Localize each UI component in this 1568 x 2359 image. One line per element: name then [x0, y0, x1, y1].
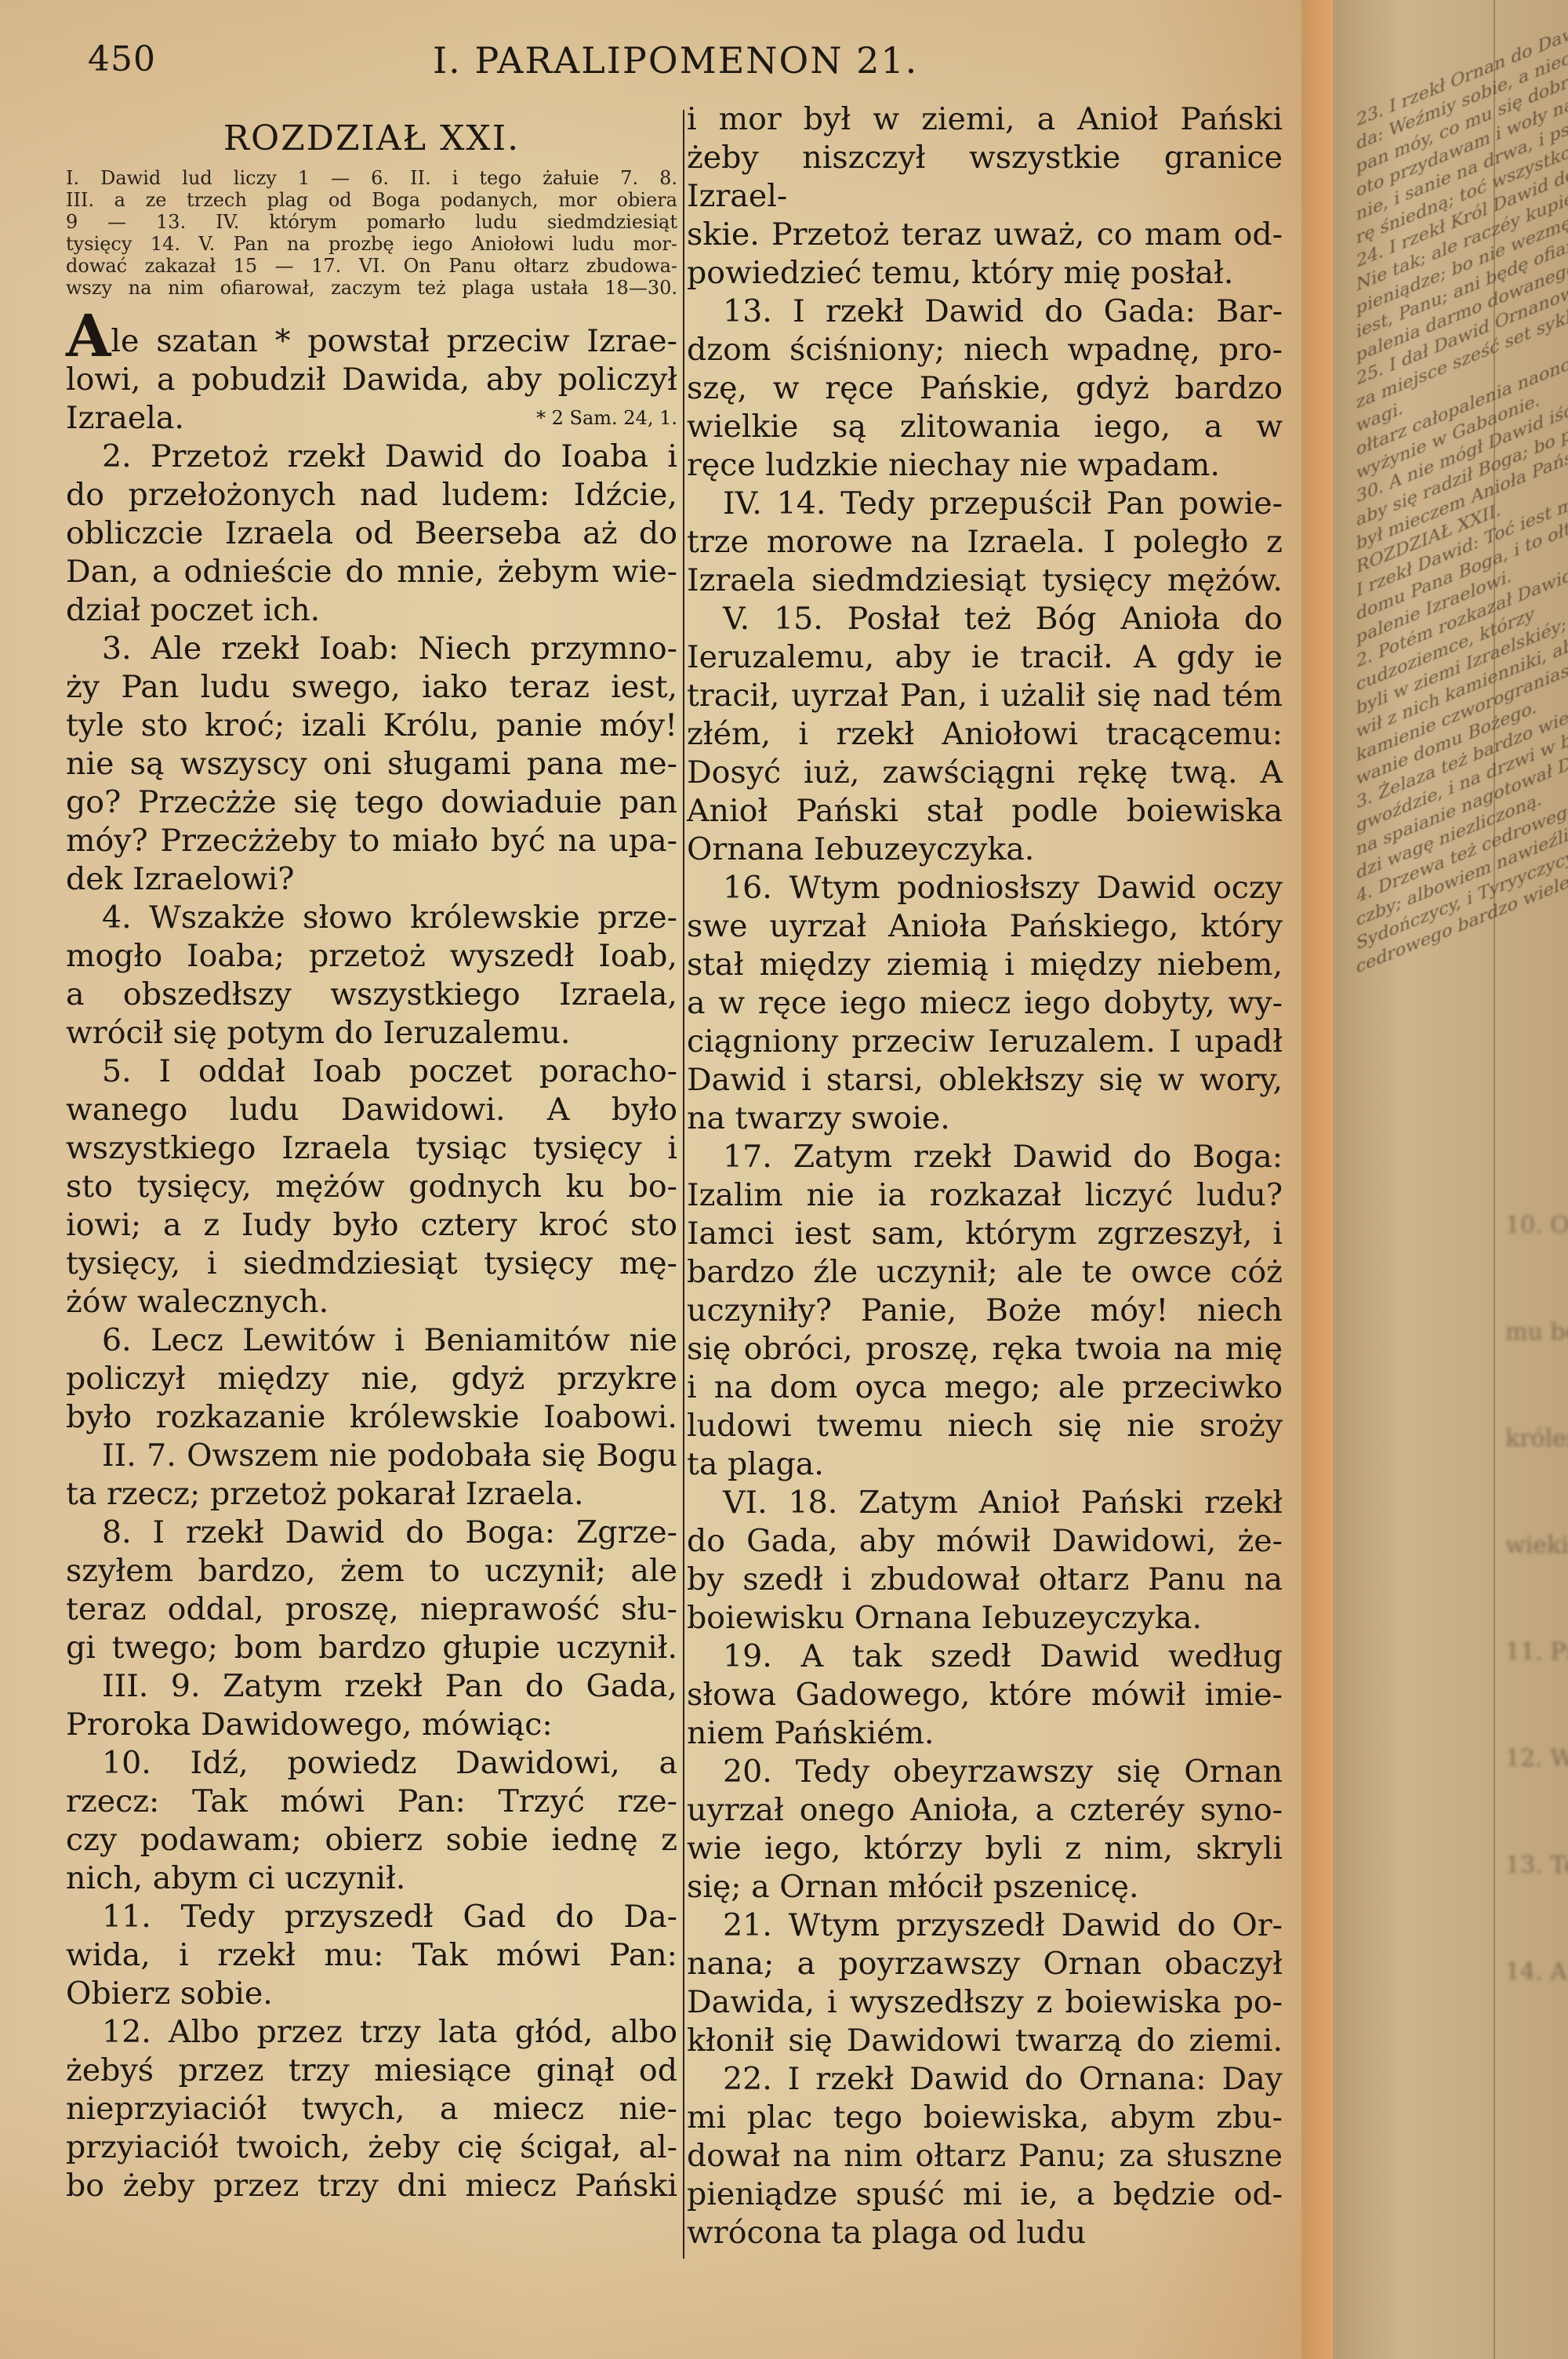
- text-line: kłonił się Dawidowi twarzą do ziemi.: [687, 2022, 1283, 2060]
- text-line: ciągniony przeciw Ieruzalem. I upadł: [687, 1023, 1283, 1061]
- text-line: wielkie są zlitowania iego, a w: [687, 408, 1283, 446]
- column-divider: [683, 110, 684, 2259]
- text-line: szyłem bardzo, żem to uczynił; ale: [66, 1552, 677, 1590]
- text-line: wanego ludu Dawidowi. A było: [66, 1091, 677, 1129]
- summary-line: tysięcy 14. V. Pan na prozbę iego Anioło…: [66, 233, 677, 255]
- text-line: nie są wszyscy oni sługami pana me-: [66, 745, 677, 783]
- text-line: a obszedłszy wszystkiego Izraela,: [66, 976, 677, 1014]
- text-line: 16. Wtym podniosłszy Dawid oczy: [687, 869, 1283, 907]
- text-line: ręce ludzkie niechay nie wpadam.: [687, 446, 1283, 485]
- text-line: iowi; a z Iudy było cztery kroć sto: [66, 1206, 677, 1245]
- text-line: sto tysięcy, mężów godnych ku bo-: [66, 1168, 677, 1206]
- text-line: wrócona ta plaga od ludu: [687, 2214, 1283, 2252]
- facing-text-fragment: 13. Tedy: [1505, 1848, 1568, 1884]
- cross-reference-footnote: * 2 Sam. 24, 1.: [536, 399, 677, 438]
- text-line: skie. Przetoż teraz uważ, co mam od-: [687, 216, 1283, 254]
- text-line: do Gada, aby mówił Dawidowi, że-: [687, 1522, 1283, 1561]
- text-line: 17. Zatym rzekł Dawid do Boga:: [687, 1138, 1283, 1176]
- text-line: Obierz sobie.: [66, 1975, 677, 2013]
- facing-text-fragment: 11. Prze: [1505, 1634, 1568, 1670]
- facing-page: 23. I rzekł Ornan do Dawi-da: Weźmiy sob…: [1333, 0, 1568, 2359]
- text-line: mogło Ioaba; przetoż wyszedł Ioab,: [66, 937, 677, 976]
- facing-column-divider: [1494, 0, 1495, 2359]
- text-line: na twarzy swoie.: [687, 1100, 1283, 1138]
- text-line: teraz oddal, proszę, nieprawość słu-: [66, 1590, 677, 1629]
- text-line: 6. Lecz Lewitów i Beniamitów nie: [66, 1321, 677, 1360]
- text-line: niem Pańskiém.: [687, 1714, 1283, 1753]
- text-line: a w ręce iego miecz iego dobyty, wy-: [687, 984, 1283, 1023]
- text-line: Dosyć iuż, zawściągni rękę twą. A: [687, 754, 1283, 792]
- text-line: Ieruzalemu, aby ie tracił. A gdy ie: [687, 638, 1283, 677]
- text-line: bardzo źle uczynił; ale te owce cóż: [687, 1253, 1283, 1292]
- text-line: 2. Przetoż rzekł Dawid do Ioaba i: [66, 438, 677, 476]
- text-line: Iamci iest sam, którym zgrzeszył, i: [687, 1215, 1283, 1253]
- text-line: 12. Albo przez trzy lata głód, albo: [66, 2013, 677, 2052]
- text-line: stał między ziemią i między niebem,: [687, 946, 1283, 984]
- text-line: swe uyrzał Anioła Pańskiego, który: [687, 907, 1283, 946]
- text-line: wszystkiego Izraela tysiąc tysięcy i: [66, 1129, 677, 1168]
- text-line: ludowi twemu niech się nie sroży: [687, 1407, 1283, 1445]
- summary-line: I. Dawid lud liczy 1 — 6. II. i tego żał…: [66, 167, 677, 189]
- text-line: dział poczet ich.: [66, 591, 677, 630]
- chapter-summary: I. Dawid lud liczy 1 — 6. II. i tego żał…: [66, 167, 677, 299]
- text-line: VI. 18. Zatym Anioł Pański rzekł: [687, 1484, 1283, 1522]
- text-line: 4. Wszakże słowo królewskie prze-: [66, 899, 677, 937]
- text-line: uczyniły? Panie, Boże móy! niech: [687, 1292, 1283, 1330]
- text-line: ta rzecz; przetoż pokarał Izraela.: [66, 1475, 677, 1514]
- text-line: uyrzał onego Anioła, a czteréy syno-: [687, 1791, 1283, 1830]
- text-line: przyiaciół twoich, żeby cię ścigał, al-: [66, 2128, 677, 2167]
- text-line: do przełożonych nad ludem: Idźcie,: [66, 476, 677, 514]
- summary-line: III. a ze trzech plag od Boga podanych, …: [66, 189, 677, 211]
- facing-text-fragment: wieki.: [1505, 1528, 1568, 1564]
- text-line: ży Pan ludu swego, iako teraz iest,: [66, 668, 677, 707]
- text-line: 8. I rzekł Dawid do Boga: Zgrze-: [66, 1514, 677, 1552]
- text-line: III. 9. Zatym rzekł Pan do Gada,: [66, 1667, 677, 1706]
- text-line: powiedzieć temu, który mię posłał.: [687, 254, 1283, 293]
- text-line: 21. Wtym przyszedł Dawid do Or-: [687, 1906, 1283, 1945]
- text-line: i mor był w ziemi, a Anioł Pański: [687, 100, 1283, 139]
- text-line: wie iego, którzy byli z nim, skryli: [687, 1830, 1283, 1868]
- text-line: bo żeby przez trzy dni miecz Pański: [66, 2167, 677, 2205]
- page-header: 450 I. PARALIPOMENON 21.: [88, 39, 1279, 94]
- text-line: nieprzyiaciół twych, a miecz nie-: [66, 2090, 677, 2128]
- text-line: 10. Idź, powiedz Dawidowi, a: [66, 1744, 677, 1783]
- text-line: 19. A tak szedł Dawid według: [687, 1637, 1283, 1676]
- text-line: 22. I rzekł Dawid do Ornana: Day: [687, 2060, 1283, 2099]
- text-line: dek Izraelowi?: [66, 860, 677, 899]
- text-line: 20. Tedy obeyrzawszy się Ornan: [687, 1753, 1283, 1791]
- text-line: żeby niszczył wszystkie granice Izrael-: [687, 139, 1283, 216]
- text-line: tracił, uyrzał Pan, i użalił się nad tém: [687, 677, 1283, 715]
- text-line: się; a Ornan młócił pszenicę.: [687, 1868, 1283, 1906]
- text-line: Izraela siedmdziesiąt tysięcy mężów.: [687, 562, 1283, 600]
- text-line: Ornana Iebuzeyczyka.: [687, 831, 1283, 869]
- text-line: obliczcie Izraela od Beerseba aż do: [66, 514, 677, 553]
- text-line: policzył między nie, gdyż przykre: [66, 1360, 677, 1398]
- text-line: 11. Tedy przyszedł Gad do Da-: [66, 1898, 677, 1936]
- text-line: go? Przecżże się tego dowiaduie pan: [66, 783, 677, 822]
- text-line: było rozkazanie królewskie Ioabowi.: [66, 1398, 677, 1437]
- text-line: żebyś przez trzy miesiące ginął od: [66, 2052, 677, 2090]
- summary-line: dować zakazał 15 — 17. VI. On Panu ołtar…: [66, 255, 677, 277]
- facing-text-fragment: 10. On: [1505, 1208, 1568, 1244]
- text-line: Dawida, i wyszedłszy z boiewiska po-: [687, 1983, 1283, 2022]
- text-line: Proroka Dawidowego, mówiąc:: [66, 1706, 677, 1744]
- text-line: słowa Gadowego, które mówił imie-: [687, 1676, 1283, 1714]
- text-line: czy podawam; obierz sobie iednę z: [66, 1821, 677, 1859]
- text-line: wida, i rzekł mu: Tak mówi Pan:: [66, 1936, 677, 1975]
- text-line: 3. Ale rzekł Ioab: Niech przymno-: [66, 630, 677, 668]
- facing-text-fragment: 14. A: [1505, 1954, 1568, 1990]
- text-line: dował na nim ołtarz Panu; za słuszne: [687, 2137, 1283, 2175]
- summary-line: 9 — 13. IV. którym pomarło ludu siedmdzi…: [66, 211, 677, 233]
- text-line: by szedł i zbudował ołtarz Panu na: [687, 1561, 1283, 1599]
- facing-text-fragment: mu będę: [1505, 1314, 1568, 1350]
- text-line: się obróci, proszę, ręka twoia na mię: [687, 1330, 1283, 1369]
- text-line: żów walecznych.: [66, 1283, 677, 1321]
- text-line: Anioł Pański stał podle boiewiska: [687, 792, 1283, 831]
- chapter-heading: ROZDZIAŁ XXI.: [66, 119, 677, 158]
- left-text-column: ROZDZIAŁ XXI. I. Dawid lud liczy 1 — 6. …: [66, 110, 677, 2205]
- text-line: tyle sto kroć; izali Królu, panie móy!: [66, 707, 677, 745]
- left-verses: 2. Przetoż rzekł Dawid do Ioaba ido prze…: [66, 438, 677, 2205]
- right-verses: i mor był w ziemi, a Anioł Pańskiżeby ni…: [687, 100, 1283, 2252]
- text-line: boiewisku Ornana Iebuzeyczyka.: [687, 1599, 1283, 1637]
- text-line: ta plaga.: [687, 1445, 1283, 1484]
- text-line: mi plac tego boiewiska, abym zbu-: [687, 2099, 1283, 2137]
- text-line: pieniądze spuść mi ie, a będzie od-: [687, 2175, 1283, 2214]
- text-line: móy? Przecżżeby to miało być na upa-: [66, 822, 677, 860]
- text-line: nana; a poyrzawszy Ornan obaczył: [687, 1945, 1283, 1983]
- text-line: Dan, a odnieście do mnie, żebym wie-: [66, 553, 677, 591]
- text-line: rzecz: Tak mówi Pan: Trzyć rze-: [66, 1783, 677, 1821]
- page-number: 450: [88, 39, 156, 79]
- text-line: 5. I oddał Ioab poczet poracho-: [66, 1052, 677, 1091]
- facing-page-left-column: 23. I rzekł Ornan do Dawi-da: Weźmiy sob…: [1356, 0, 1529, 2359]
- running-title: I. PARALIPOMENON 21.: [433, 39, 918, 82]
- text-line: złém, i rzekł Aniołowi tracącemu:: [687, 715, 1283, 754]
- text-line: gi twego; bom bardzo głupie uczynił.: [66, 1629, 677, 1667]
- text-line: wrócił się potym do Ieruzalemu.: [66, 1014, 677, 1052]
- text-line: nich, abym ci uczynił.: [66, 1859, 677, 1898]
- facing-text-fragment: królestwa: [1505, 1421, 1568, 1457]
- text-line: tysięcy, i siedmdziesiąt tysięcy mę-: [66, 1245, 677, 1283]
- text-line: IV. 14. Tedy przepuścił Pan powie-: [687, 485, 1283, 523]
- right-text-column: i mor był w ziemi, a Anioł Pańskiżeby ni…: [687, 100, 1283, 2252]
- facing-text-fragment: 12. W: [1505, 1741, 1568, 1777]
- text-line: trze morowe na Izraela. I poległo z: [687, 523, 1283, 562]
- text-line: 13. I rzekł Dawid do Gada: Bar-: [687, 293, 1283, 331]
- text-line: i na dom oyca mego; ale przeciwko: [687, 1369, 1283, 1407]
- text-line: Dawid i starsi, oblekłszy się w wory,: [687, 1061, 1283, 1100]
- text-line: V. 15. Posłał też Bóg Anioła do: [687, 600, 1283, 638]
- verse-1: Ale szatan * powstał przeciw Izrae- lowi…: [66, 318, 677, 438]
- text-line: Izalim nie ia rozkazał liczyć ludu?: [687, 1176, 1283, 1215]
- text-line: szę, w ręce Pańskie, gdyż bardzo: [687, 369, 1283, 408]
- summary-line: wszy na nim ofiarował, zaczym też plaga …: [66, 277, 677, 299]
- facing-page-right-column: 10. Onmu będękrólestwawieki.11. Prze12. …: [1505, 0, 1568, 2359]
- text-line: II. 7. Owszem nie podobała się Bogu: [66, 1437, 677, 1475]
- text-line: dzom ściśniony; niech wpadnę, pro-: [687, 331, 1283, 369]
